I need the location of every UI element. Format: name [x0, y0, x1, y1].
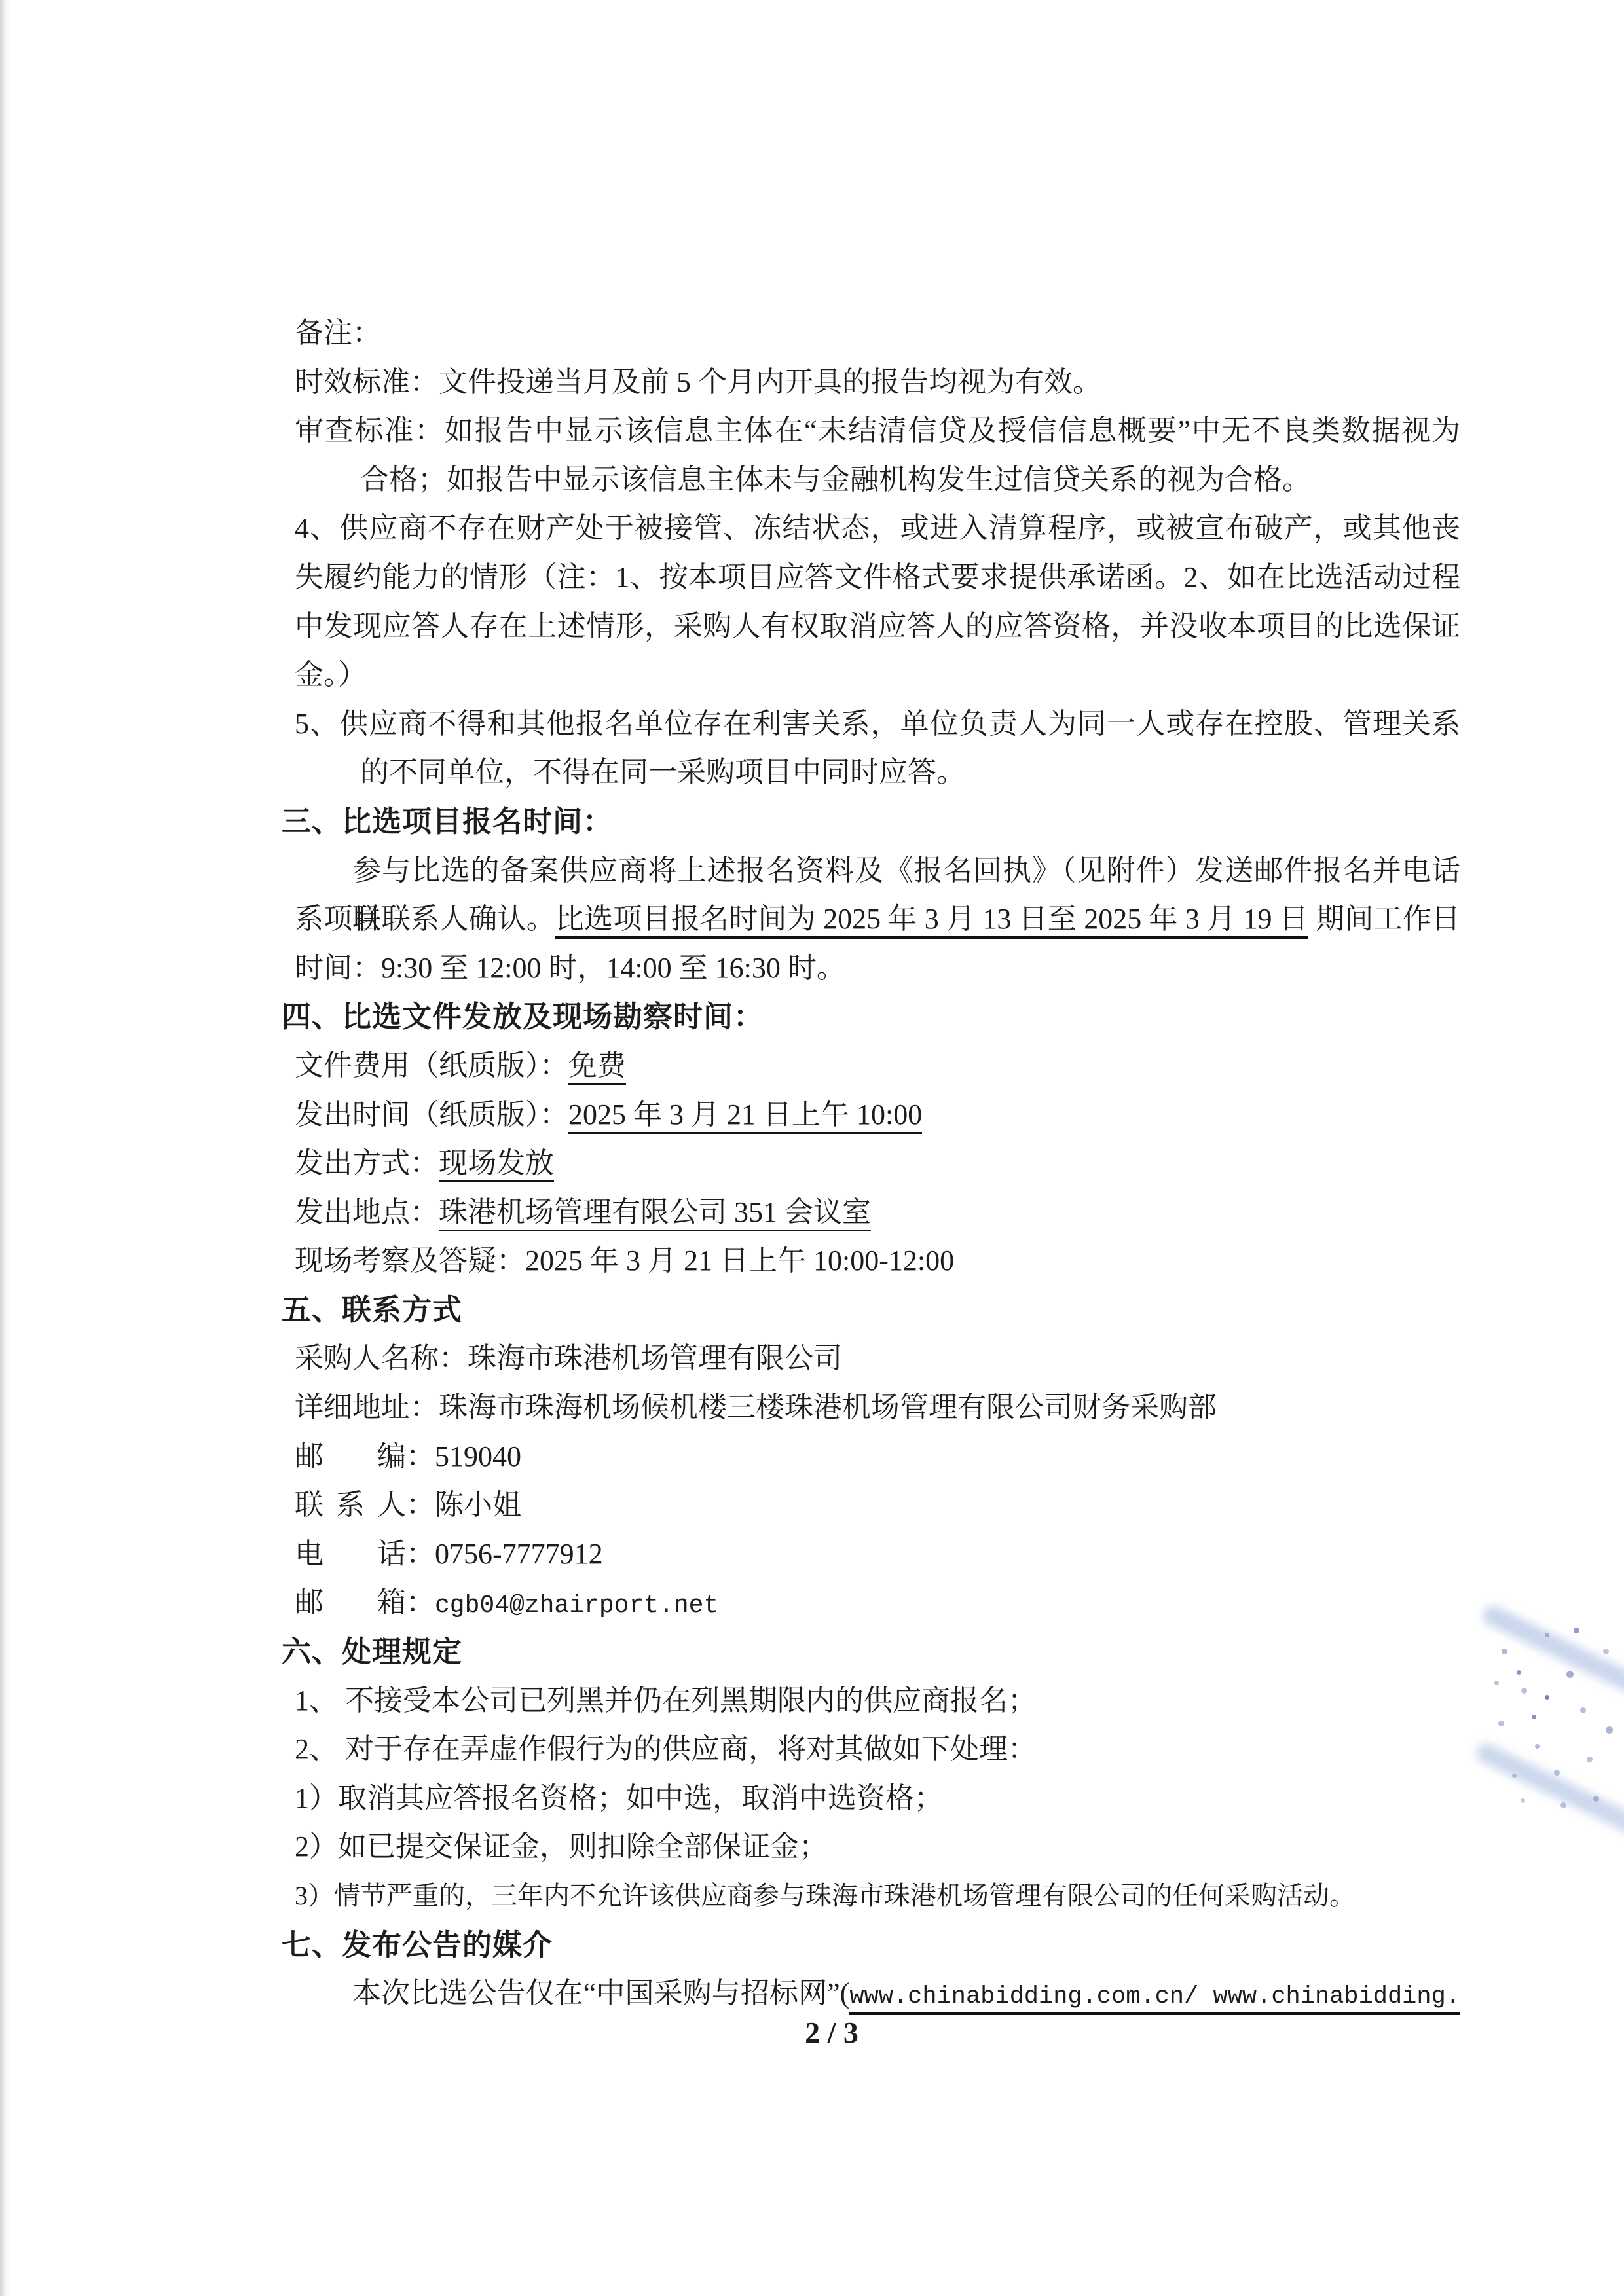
document-body: 备注：时效标准：文件投递当月及前 5 个月内开具的报告均视为有效。审查标准：如报…	[295, 309, 1460, 2018]
text-segment: 合格；如报告中显示该信息主体未与金融机构发生过信贷关系的视为合格。	[360, 464, 1311, 496]
text-segment: 金。）	[295, 659, 367, 691]
item-4-line-4: 金。）	[295, 651, 1460, 700]
rule-2-2-line: 2）如已提交保证金，则扣除全部保证金；	[295, 1823, 1460, 1872]
issue-time-line: 发出时间（纸质版）：2025 年 3 月 21 日上午 10:00	[295, 1091, 1460, 1140]
validity-standard-line: 时效标准：文件投递当月及前 5 个月内开具的报告均视为有效。	[295, 358, 1460, 407]
item-5-line-1: 5、供应商不得和其他报名单位存在利害关系，单位负责人为同一人或存在控股、管理关系	[295, 700, 1460, 749]
review-standard-line: 审查标准：如报告中显示该信息主体在“未结清信贷及授信信息概要”中无不良类数据视为	[295, 407, 1460, 456]
text-segment: 发出地点：	[295, 1196, 439, 1228]
item-5-line-2: 的不同单位，不得在同一采购项目中同时应答。	[295, 748, 1460, 797]
text-segment: 期间工作日	[1308, 903, 1460, 935]
page-number: 2 / 3	[0, 2015, 1624, 2050]
section-3-heading: 三、比选项目报名时间：	[282, 797, 1460, 847]
text-segment: 备注：	[295, 317, 381, 349]
document-page: 备注：时效标准：文件投递当月及前 5 个月内开具的报告均视为有效。审查标准：如报…	[0, 0, 1624, 2296]
email-label: 邮箱	[295, 1578, 406, 1628]
contact-person-label: 联系人	[295, 1481, 406, 1530]
issue-method-line: 发出方式：现场发放	[295, 1139, 1460, 1188]
item-4-line-1: 4、供应商不存在财产处于被接管、冻结状态，或进入清算程序，或被宣布破产，或其他丧	[295, 504, 1460, 553]
text-segment: 2、 对于存在弄虚作假行为的供应商，将对其做如下处理：	[295, 1733, 1037, 1765]
remark-label: 备注：	[295, 309, 1460, 358]
phone-label: 电话	[295, 1530, 406, 1579]
contact-person-value: ：陈小姐	[406, 1489, 521, 1521]
phone-line: 电话：0756-7777912	[295, 1530, 1460, 1579]
text-segment: 4、供应商不存在财产处于被接管、冻结状态，或进入清算程序，或被宣布破产，或其他丧	[295, 512, 1460, 544]
section-5-heading: 五、联系方式	[282, 1286, 1460, 1335]
text-segment: 的不同单位，不得在同一采购项目中同时应答。	[360, 756, 965, 788]
text-segment: 系项目联系人确认。	[295, 903, 555, 935]
text-segment: 现场考察及答疑：2025 年 3 月 21 日上午 10:00-12:00	[295, 1245, 954, 1277]
address-line: 详细地址：珠海市珠海机场候机楼三楼珠港机场管理有限公司财务采购部	[295, 1383, 1460, 1432]
text-segment: 时效标准：文件投递当月及前 5 个月内开具的报告均视为有效。	[295, 366, 1101, 398]
issue-place-line: 发出地点：珠港机场管理有限公司 351 会议室	[295, 1188, 1460, 1237]
stamp-speckles	[1483, 1611, 1486, 1614]
rule-1-line: 1、 不接受本公司已列黑并仍在列黑期限内的供应商报名；	[295, 1677, 1460, 1726]
registration-period-value: 比选项目报名时间为 2025 年 3 月 13 日至 2025 年 3 月 19…	[555, 903, 1308, 939]
rule-2-line: 2、 对于存在弄虚作假行为的供应商，将对其做如下处理：	[295, 1725, 1460, 1774]
section-3-line-1: 参与比选的备案供应商将上述报名资料及《报名回执》（见附件）发送邮件报名并电话联	[295, 847, 1460, 896]
section-6-heading: 六、处理规定	[282, 1628, 1460, 1677]
text-segment: ：	[406, 1586, 435, 1618]
text-segment: 中发现应答人存在上述情形，采购人有权取消应答人的应答资格，并没收本项目的比选保证	[295, 610, 1460, 642]
phone-value: ：0756-7777912	[406, 1538, 603, 1570]
text-segment: 5、供应商不得和其他报名单位存在利害关系，单位负责人为同一人或存在控股、管理关系	[295, 708, 1460, 740]
text-segment: 发出时间（纸质版）：	[295, 1099, 568, 1131]
item-4-line-3: 中发现应答人存在上述情形，采购人有权取消应答人的应答资格，并没收本项目的比选保证	[295, 602, 1460, 651]
announcement-media-line: 本次比选公告仅在“中国采购与招标网”(www.chinabidding.com.…	[295, 1969, 1460, 2018]
scan-edge-shadow	[0, 0, 10, 2296]
stamp-band-top	[1480, 1603, 1624, 1715]
text-segment: 三、比选项目报名时间：	[282, 805, 613, 838]
review-standard-line-2: 合格；如报告中显示该信息主体未与金融机构发生过信贷关系的视为合格。	[295, 456, 1460, 505]
contact-person-line: 联系人：陈小姐	[295, 1481, 1460, 1530]
text-segment: 1、 不接受本公司已列黑并仍在列黑期限内的供应商报名；	[295, 1685, 1037, 1717]
working-hours-line: 时间：9:30 至 12:00 时，14:00 至 16:30 时。	[295, 944, 1460, 993]
text-segment: 详细地址：珠海市珠海机场候机楼三楼珠港机场管理有限公司财务采购部	[295, 1391, 1217, 1423]
postcode-line: 邮编：519040	[295, 1432, 1460, 1482]
section-4-heading: 四、比选文件发放及现场勘察时间：	[282, 993, 1460, 1042]
text-segment: 四、比选文件发放及现场勘察时间：	[282, 1000, 764, 1033]
email-value: cgb04@zhairport.net	[435, 1592, 718, 1620]
email-line: 邮箱：cgb04@zhairport.net	[295, 1578, 1460, 1628]
text-segment: 本次比选公告仅在“中国采购与招标网”(	[352, 1977, 849, 2009]
text-segment: 六、处理规定	[282, 1635, 462, 1668]
postcode-value: ：519040	[406, 1440, 521, 1472]
rule-2-1-line: 1）取消其应答报名资格；如中选，取消中选资格；	[295, 1774, 1460, 1823]
purchaser-name-line: 采购人名称：珠海市珠港机场管理有限公司	[295, 1334, 1460, 1383]
site-visit-line: 现场考察及答疑：2025 年 3 月 21 日上午 10:00-12:00	[295, 1237, 1460, 1286]
stamp	[1477, 1597, 1624, 1833]
rule-2-3-line: 3）情节严重的，三年内不允许该供应商参与珠海市珠港机场管理有限公司的任何采购活动…	[295, 1872, 1460, 1921]
text-segment: 采购人名称：珠海市珠港机场管理有限公司	[295, 1342, 842, 1374]
postcode-label: 邮编	[295, 1432, 406, 1482]
announcement-url: www.chinabidding.com.cn/ www.chinabiddin…	[849, 1983, 1460, 2015]
text-segment: 文件费用（纸质版）：	[295, 1049, 568, 1082]
text-segment: 2）如已提交保证金，则扣除全部保证金；	[295, 1831, 828, 1863]
text-segment: 1）取消其应答报名资格；如中选，取消中选资格；	[295, 1782, 943, 1814]
text-segment: 时间：9:30 至 12:00 时，14:00 至 16:30 时。	[295, 952, 845, 984]
text-segment: 失履约能力的情形（注：1、按本项目应答文件格式要求提供承诺函。2、如在比选活动过…	[295, 561, 1460, 593]
text-segment: 五、联系方式	[282, 1293, 462, 1326]
item-4-line-2: 失履约能力的情形（注：1、按本项目应答文件格式要求提供承诺函。2、如在比选活动过…	[295, 553, 1460, 602]
stamp-band-bottom	[1473, 1740, 1624, 1853]
document-fee-line: 文件费用（纸质版）：免费	[295, 1042, 1460, 1091]
section-7-heading: 七、发布公告的媒介	[282, 1921, 1460, 1970]
issue-method-value: 现场发放	[439, 1147, 554, 1182]
text-segment: 发出方式：	[295, 1147, 439, 1179]
text-segment: 审查标准：如报告中显示该信息主体在“未结清信贷及授信信息概要”中无不良类数据视为	[295, 414, 1460, 446]
issue-place-value: 珠港机场管理有限公司 351 会议室	[439, 1196, 871, 1231]
document-fee-value: 免费	[568, 1049, 626, 1085]
registration-period-line: 系项目联系人确认。比选项目报名时间为 2025 年 3 月 13 日至 2025…	[295, 895, 1460, 944]
text-segment: 七、发布公告的媒介	[282, 1928, 553, 1961]
text-segment: 3）情节严重的，三年内不允许该供应商参与珠海市珠港机场管理有限公司的任何采购活动…	[295, 1881, 1356, 1910]
issue-time-value: 2025 年 3 月 21 日上午 10:00	[568, 1099, 922, 1134]
